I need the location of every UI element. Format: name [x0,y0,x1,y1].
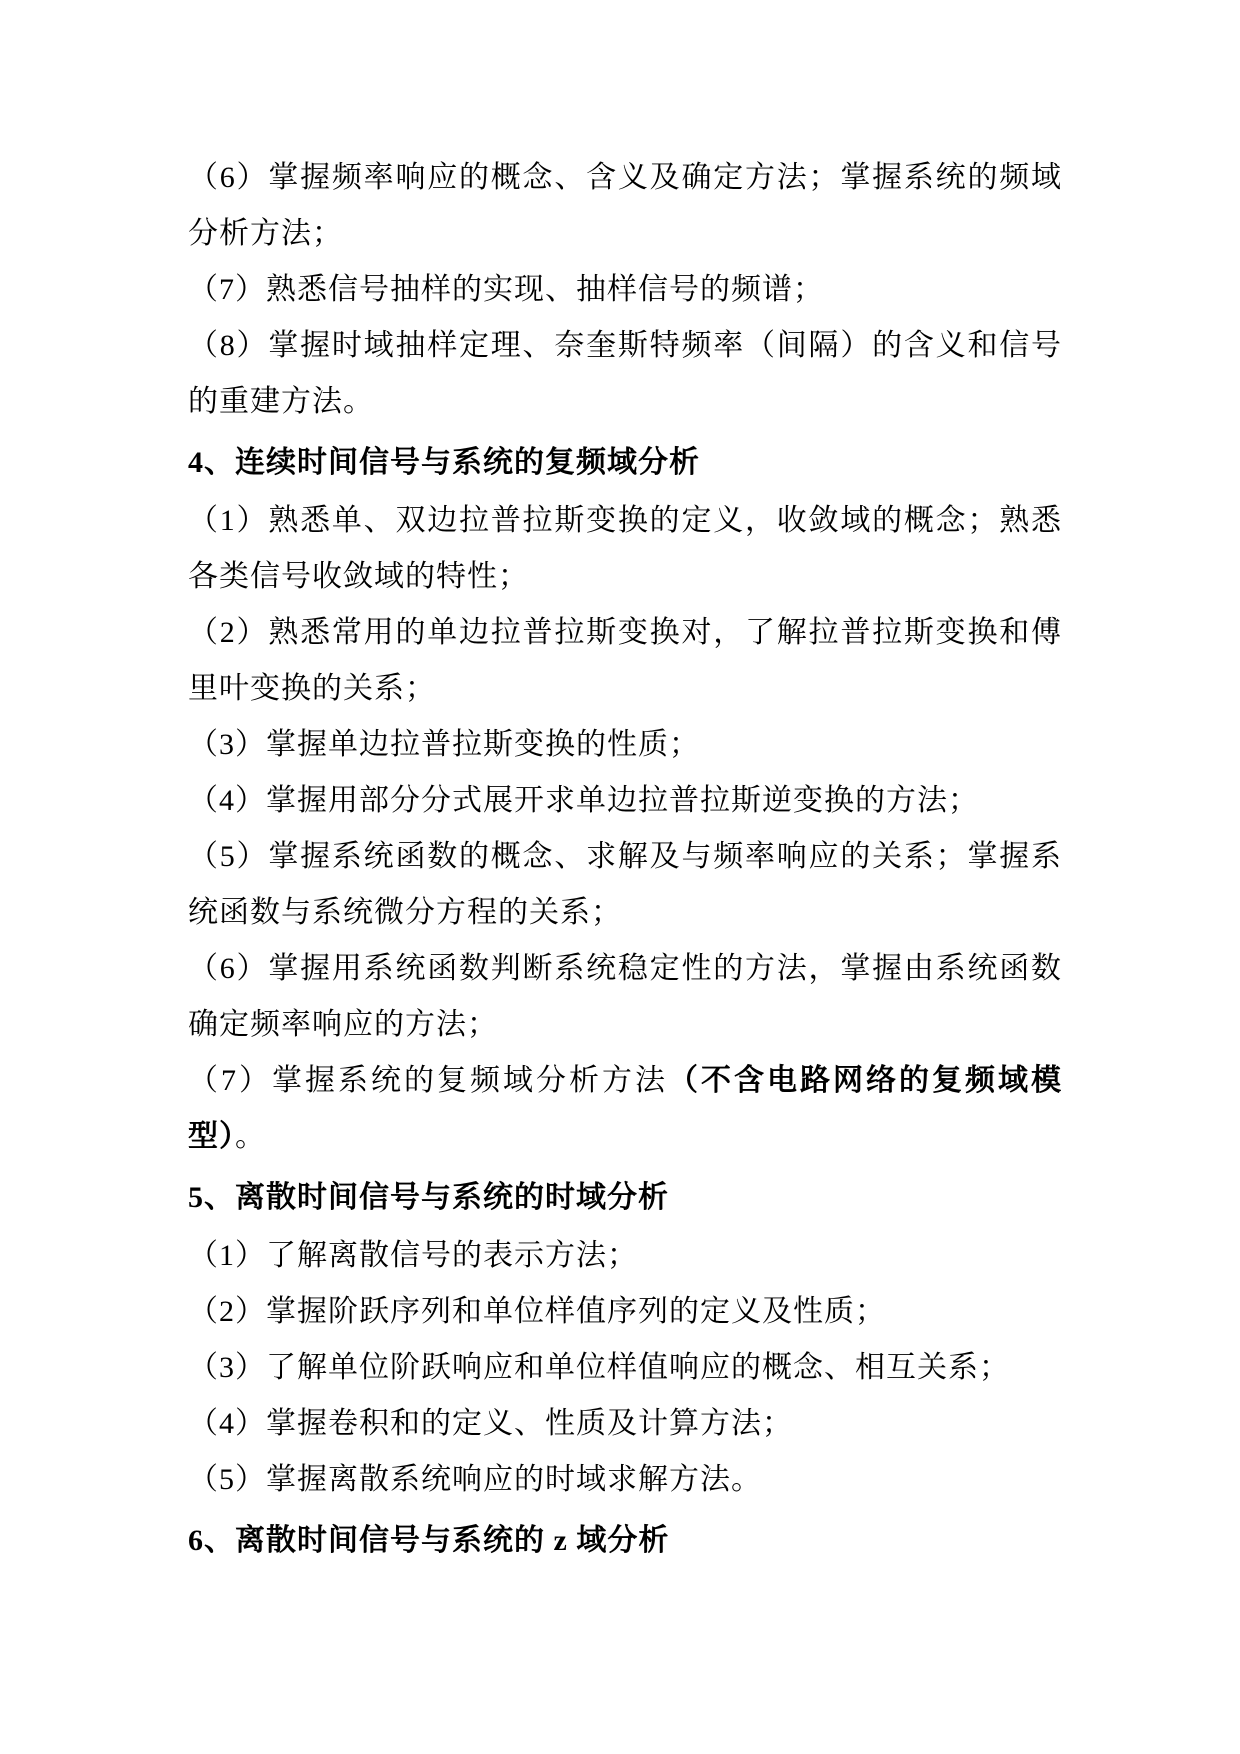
section-heading: 6、离散时间信号与系统的 z 域分析 [188,1513,1062,1569]
text-run: （2）掌握阶跃序列和单位样值序列的定义及性质； [188,1295,886,1328]
text-run: 。 [235,1120,266,1153]
syllabus-item: （1）了解离散信号的表示方法； [188,1228,1062,1284]
syllabus-item: （2）熟悉常用的单边拉普拉斯变换对，了解拉普拉斯变换和傅里叶变换的关系； [188,605,1062,717]
text-run: （8）掌握时域抽样定理、奈奎斯特频率（间隔）的含义和信号的重建方法。 [188,329,1062,418]
syllabus-item: （4）掌握用部分分式展开求单边拉普拉斯逆变换的方法； [188,773,1062,829]
document-page: （6）掌握频率响应的概念、含义及确定方法；掌握系统的频域分析方法；（7）熟悉信号… [0,0,1240,1754]
syllabus-item: （4）掌握卷积和的定义、性质及计算方法； [188,1396,1062,1452]
document-body: （6）掌握频率响应的概念、含义及确定方法；掌握系统的频域分析方法；（7）熟悉信号… [188,150,1062,1569]
syllabus-item: （6）掌握频率响应的概念、含义及确定方法；掌握系统的频域分析方法； [188,150,1062,262]
text-run: （7）掌握系统的复频域分析方法 [188,1064,668,1097]
text-run: （7）熟悉信号抽样的实现、抽样信号的频谱； [188,273,824,306]
bold-text-run: 4、连续时间信号与系统的复频域分析 [188,446,700,479]
text-run: （6）掌握频率响应的概念、含义及确定方法；掌握系统的频域分析方法； [188,161,1062,250]
section-heading: 5、离散时间信号与系统的时域分析 [188,1170,1062,1226]
text-run: （3）了解单位阶跃响应和单位样值响应的概念、相互关系； [188,1351,1010,1384]
text-run: （1）了解离散信号的表示方法； [188,1239,638,1272]
text-run: （6）掌握用系统函数判断系统稳定性的方法，掌握由系统函数确定频率响应的方法； [188,952,1062,1041]
syllabus-item: （5）掌握离散系统响应的时域求解方法。 [188,1452,1062,1508]
text-run: （5）掌握离散系统响应的时域求解方法。 [188,1463,762,1496]
syllabus-item: （3）掌握单边拉普拉斯变换的性质； [188,717,1062,773]
text-run: （4）掌握用部分分式展开求单边拉普拉斯逆变换的方法； [188,784,979,817]
bold-text-run: 5、离散时间信号与系统的时域分析 [188,1181,669,1214]
syllabus-item: （6）掌握用系统函数判断系统稳定性的方法，掌握由系统函数确定频率响应的方法； [188,941,1062,1053]
syllabus-item: （5）掌握系统函数的概念、求解及与频率响应的关系；掌握系统函数与系统微分方程的关… [188,829,1062,941]
syllabus-item: （3）了解单位阶跃响应和单位样值响应的概念、相互关系； [188,1340,1062,1396]
text-run: （2）熟悉常用的单边拉普拉斯变换对，了解拉普拉斯变换和傅里叶变换的关系； [188,616,1062,705]
syllabus-item: （7）熟悉信号抽样的实现、抽样信号的频谱； [188,262,1062,318]
syllabus-item: （7）掌握系统的复频域分析方法（不含电路网络的复频域模型）。 [188,1053,1062,1165]
text-run: （4）掌握卷积和的定义、性质及计算方法； [188,1407,793,1440]
text-run: （5）掌握系统函数的概念、求解及与频率响应的关系；掌握系统函数与系统微分方程的关… [188,840,1062,929]
syllabus-item: （8）掌握时域抽样定理、奈奎斯特频率（间隔）的含义和信号的重建方法。 [188,318,1062,430]
text-run: （1）熟悉单、双边拉普拉斯变换的定义，收敛域的概念；熟悉各类信号收敛域的特性； [188,504,1062,593]
section-heading: 4、连续时间信号与系统的复频域分析 [188,435,1062,491]
syllabus-item: （2）掌握阶跃序列和单位样值序列的定义及性质； [188,1284,1062,1340]
bold-text-run: 6、离散时间信号与系统的 z 域分析 [188,1524,669,1557]
text-run: （3）掌握单边拉普拉斯变换的性质； [188,728,700,761]
syllabus-item: （1）熟悉单、双边拉普拉斯变换的定义，收敛域的概念；熟悉各类信号收敛域的特性； [188,493,1062,605]
